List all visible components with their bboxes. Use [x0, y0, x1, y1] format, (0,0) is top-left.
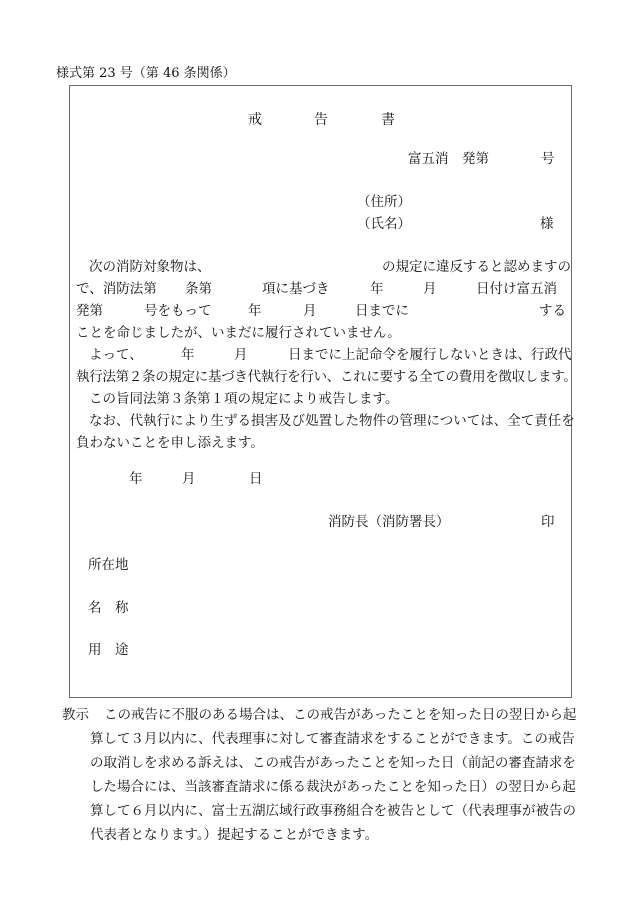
notice-line: した場合には、当該審査請求に係る裁決があったことを知った日）の翌日から起 — [90, 779, 576, 795]
body-text: 年 — [370, 281, 384, 297]
body-text: なお、代執行により生ずる損害及び処置した物件の管理については、全て責任を — [89, 413, 575, 429]
body-text: 月 — [423, 281, 437, 297]
body-text: 号をもって — [144, 303, 212, 319]
notice-line: この戒告に不服のある場合は、この戒告があったことを知った日の翌日から起 — [104, 707, 576, 723]
body-text: 年 — [181, 347, 195, 363]
body-text: 負わないことを申し添えます。 — [76, 435, 264, 451]
title-char: 告 — [314, 109, 328, 129]
notice-line: 算して６月以内に、富士五湖広域行政事務組合を被告として（代表理事が被告の — [90, 803, 576, 819]
body-text: 月 — [234, 347, 248, 363]
body-text: 項に基づき — [262, 281, 330, 297]
fire-chief-title: 消防長（消防署長） — [328, 514, 450, 530]
date-day: 日 — [249, 471, 263, 487]
body-text: この旨同法第３条第１項の規定により戒告します。 — [89, 391, 398, 407]
body-text: 次の消防対象物は、 — [89, 259, 211, 275]
address-label: （住所） — [357, 194, 411, 210]
body-text: 条第 — [185, 281, 212, 297]
body-text: の規定に違反すると認めますの — [382, 259, 571, 275]
body-text: 執行法第２条の規定に基づき代執行を行い、これに要する全ての費用を徴収します。 — [76, 369, 577, 385]
field-name-label: 名 称 — [88, 600, 129, 616]
date-month: 月 — [182, 471, 196, 487]
title-char: 戒 — [248, 109, 262, 129]
title-char: 書 — [381, 109, 395, 129]
notice-line: 算して３月以内に、代表理事に対して審査請求をすることができます。この戒告 — [90, 731, 575, 747]
body-text: よって、 — [89, 347, 143, 363]
notice-label: 教示 — [62, 707, 89, 723]
name-label: （氏名） — [357, 216, 411, 232]
field-location-label: 所在地 — [88, 557, 129, 573]
field-use-label: 用 途 — [88, 642, 129, 658]
body-text: 日までに上記命令を履行しないときは、行政代 — [288, 347, 572, 363]
notice-line: 代表者となります。）提起することができます。 — [90, 827, 378, 843]
body-text: で、消防法第 — [76, 281, 157, 297]
notice-line: の取消しを求める訴えは、この戒告があったことを知った日（前記の審査請求を — [90, 755, 576, 771]
body-text: 月 — [303, 303, 317, 319]
date-year: 年 — [129, 471, 143, 487]
seal-mark: 印 — [541, 514, 555, 530]
body-text: 年 — [248, 303, 262, 319]
body-text: 日付け富五消 — [476, 281, 557, 297]
doc-number-prefix: 富五消 発第 — [408, 151, 489, 167]
body-text: する — [539, 303, 566, 319]
honorific: 様 — [540, 216, 554, 232]
form-number-label: 様式第 23 号（第 46 条関係） — [56, 66, 236, 82]
doc-number-suffix: 号 — [541, 151, 555, 167]
body-text: 日までに — [355, 303, 409, 319]
body-text: 発第 — [76, 303, 103, 319]
body-text: ことを命じましたが、いまだに履行されていません。 — [76, 325, 401, 341]
